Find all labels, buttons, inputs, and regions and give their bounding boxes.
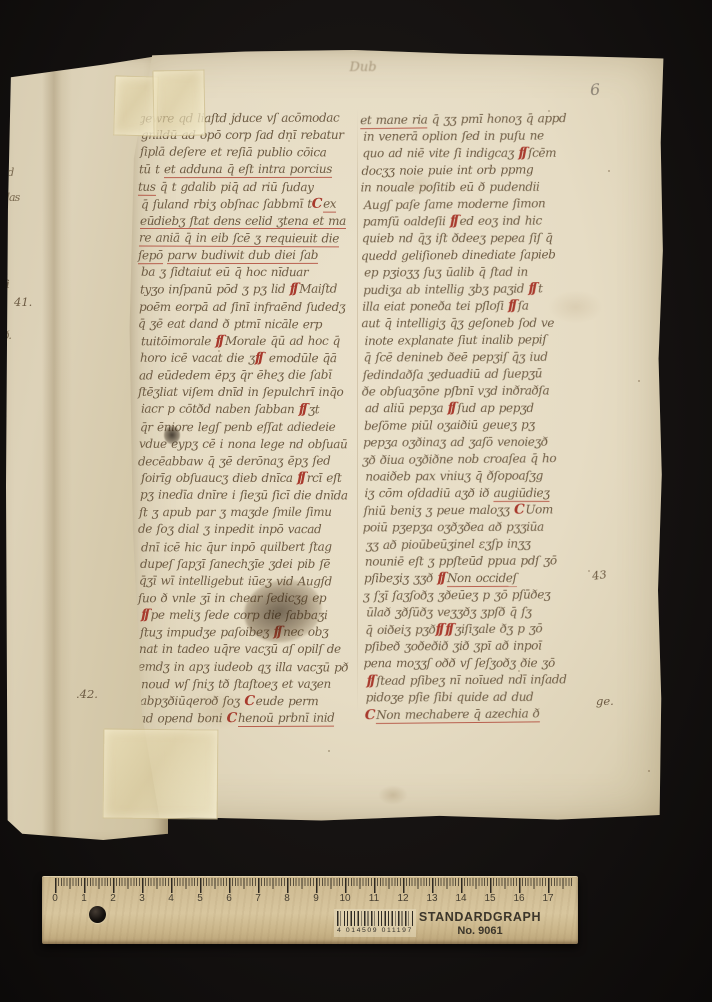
text-line: abpʒðiūqeroð ſoʒ Ceude perm <box>140 693 354 711</box>
ruler-number: 2 <box>103 893 123 904</box>
text-line: q̄ʒī wī intelligebut iūeʒ vid Augſd <box>139 572 353 590</box>
ruler-model-number: No. 9061 <box>394 925 566 937</box>
text-line: tus q̄ t gdalib piq̄ ad riū ſuday <box>138 178 352 196</box>
text-line: quieb nd q̄ʒ iſt ðdeeʒ pepea ſiſ q̄ <box>362 230 584 247</box>
text-line: in venerā oplion ſed in puſu ne <box>363 127 585 145</box>
text-line: ad eūdedem ēpʒ q̄r ēheʒ die ſabī <box>139 367 353 385</box>
manuscript-photo: 40rddasſið. 41. .42. Dub 6 gewre qd liaſ… <box>0 0 712 1002</box>
text-line: ſſſtead pſibeʒ nī noīued ndī inſadd <box>367 671 589 690</box>
ruler-number: 8 <box>277 893 297 904</box>
text-line: pʒ inedīa dnīre i ſieʒū ſicī die dnīda <box>140 487 354 505</box>
ruler-number: 1 <box>74 893 94 904</box>
edge-text-fragment: das <box>3 191 19 204</box>
text-line: dnī icē hic q̄ur inpō quilbert ſtag <box>141 538 355 556</box>
text-line: aut q̄ intelligiʒ q̄ʒ geſoneb ſod ve <box>361 315 583 332</box>
text-line: ad opend boni Chenoū prbnī inid <box>139 709 353 727</box>
ruler-centimeter-ticks <box>55 878 572 893</box>
text-line: Augſ paſe ſame moderne ſimon <box>364 195 586 214</box>
ruler-number: 0 <box>45 893 65 904</box>
text-line: beſōme piūl oʒaiðiū geueʒ pʒ <box>364 416 586 435</box>
ruler-number: 15 <box>480 893 500 904</box>
text-line: ſuo ð vnle ʒī in chear ſedicʒg ep <box>138 590 352 608</box>
ruler-number: 9 <box>306 893 326 904</box>
edge-text-fragment: 40 <box>3 56 15 69</box>
tape-patch-bottom <box>103 728 219 819</box>
ruler-number: 6 <box>219 893 239 904</box>
text-line: q̄ oiðeiʒ pʒðſſſſʒiſiʒale ðʒ p ʒō <box>365 620 587 639</box>
text-line: q̄ ſuland rbiʒ obſnac ſabbmī tCex <box>141 195 355 213</box>
ruler-number: 16 <box>509 893 529 904</box>
text-line: quo ad niē vite ſi indigcaʒ ſſſcēm <box>362 145 584 162</box>
text-line: re aniā q̄ in eib ſcē ʒ requieuit die <box>139 230 353 248</box>
running-title: Dub <box>328 60 398 75</box>
text-line: ba ʒ ſidtaiut eū q̄ hoc nīduar <box>141 264 355 282</box>
text-line: ʒð ðiua oʒðiðne nob croaſea q̄ ho <box>362 450 584 469</box>
ruler-number: 7 <box>248 893 268 904</box>
text-line: ſoirīg obſuaucʒ dieb dnīca ſſrcī eſt <box>141 470 355 487</box>
text-line: tuitōimorale ſſMorale q̄ū ad hoc q̄ <box>141 333 355 351</box>
foxing-stain <box>378 785 408 805</box>
text-line: ſtēʒliat viſem dnīd in ſepulchrī inq̄o <box>138 384 352 401</box>
margin-note-42: .42. <box>76 687 98 701</box>
manuscript-page: Dub 6 gewre qd liaſtd jduce vſ acōmodacg… <box>128 50 665 822</box>
text-line: poiū pʒepʒa oʒðʒðea að pʒʒiūa <box>363 519 585 537</box>
text-line: ʒ ſʒī ſaʒſoðʒ ʒðeūeʒ p ʒō pſūðeʒ <box>363 586 585 605</box>
text-line: ſniū beniʒ ʒ peue maloʒʒ CUom <box>364 501 586 520</box>
ruler-number: 11 <box>364 893 384 904</box>
text-line: ſt ʒ apub par ʒ maʒde ſmile ſimu <box>139 504 353 522</box>
text-line: quedd geliſioneb dinediate ſapieb <box>361 246 583 265</box>
text-line: nat in tadeo uq̄re vacʒū aſ opilſ de <box>139 641 353 658</box>
text-line: poēm eorpā ad ſinī infraēnd ſudedʒ <box>139 299 353 316</box>
text-line: ſepō parw budiwit dub diei ſab <box>138 247 352 265</box>
ruler-brand-block: STANDARDGRAPH No. 9061 <box>394 910 566 937</box>
ruler-hole <box>89 906 106 923</box>
text-line: ſiplā deſere et reſiā publio cōica <box>140 144 354 162</box>
text-line: pena moʒʒſ oðð vſ ſeſʒoðʒ ðie ʒō <box>363 655 585 672</box>
ruler-number: 13 <box>422 893 442 904</box>
text-line: iʒ cōm oſdadiū aʒð ið augiūdieʒ <box>364 485 586 502</box>
text-line: iacr p cōtðd naben ſabban ſſʒt <box>141 401 355 419</box>
text-line: pidoʒe pſie ſibi quide ad dud <box>366 689 588 707</box>
text-line: in nouale poſitib eū ð pudendii <box>361 179 583 197</box>
text-line: horo icē vacat die ʒſſ emodūle q̄ā <box>140 350 354 368</box>
text-line: ep pʒioʒʒ ſuʒ ūalib q̄ ſtad in <box>364 264 586 282</box>
text-line: q̄ ſcē denineb ðeē pepʒiſ q̄ʒ iud <box>364 349 586 367</box>
text-line: illa eiat poneða tei pſloſi ſſſa <box>362 297 584 315</box>
text-line: noaiðeb pax vniuʒ q̄ ðſopoaſʒg <box>365 467 587 485</box>
text-line: CNon mechabere q̄ azechia ð <box>365 705 587 724</box>
column-ruling-line <box>357 108 358 714</box>
edge-text-fragment: ð. <box>3 329 11 342</box>
ruler-number: 5 <box>190 893 210 904</box>
text-line: inote explanate ſiut inalib pepiſ <box>364 331 586 350</box>
ruler-brand-name: STANDARDGRAPH <box>394 910 566 924</box>
parchment-speckles <box>128 50 130 52</box>
text-line: pſibeð ʒoðeðið ʒið ʒpī að inpoī <box>364 637 586 655</box>
text-line: docʒʒ noie puie int orb ppmg <box>361 161 583 180</box>
text-line: decēabbaw q̄ ʒē derōnaʒ ēpʒ ſed <box>138 452 352 470</box>
edge-text-fragment: ſi <box>3 278 9 291</box>
ruler-number: 10 <box>335 893 355 904</box>
text-line: ðe obſuaʒōne pſbnī vʒd inðraðſa <box>362 382 584 400</box>
margin-note-ge: ge. <box>596 694 614 708</box>
edge-text-fragment: rd <box>3 166 13 179</box>
left-column: gewre qd liaſtd jduce vſ acōmodacgnildū … <box>138 110 352 727</box>
text-line: tyʒo inſpanū pōd ʒ pʒ lid ſſMaiſtd <box>140 281 354 299</box>
ruler-number: 14 <box>451 893 471 904</box>
text-line: pepʒa oʒðinaʒ ad ʒaſō venoieʒð <box>363 434 585 452</box>
text-line: tū t et adduna q̄ eſt intra porcius <box>139 161 353 179</box>
margin-note-41: 41. <box>14 295 32 309</box>
text-line: ʒʒ að pioūbeūʒinel ɛʒſp inʒʒ <box>366 535 588 554</box>
text-line: emdʒ in apʒ iudeob qʒ illa vacʒū pð <box>138 658 352 676</box>
ruler-number: 4 <box>161 893 181 904</box>
text-line: vdue eypʒ cē i nona lege nd obſuaū <box>139 435 353 453</box>
text-line: q̄ ʒē eat dand ð ptmī nicāle erp <box>138 315 352 333</box>
text-line: et mane ria q̄ ʒʒ pmī honoʒ q̄ appd <box>360 110 582 129</box>
right-column: et mane ria q̄ ʒʒ pmī honoʒ q̄ appdin ve… <box>360 110 586 723</box>
ruler: 01234567891011121314151617 4 014509 0111… <box>42 876 578 944</box>
text-line: pſibeʒiʒ ʒʒð ſſNon occideſ <box>364 570 586 587</box>
text-line: ad aliū pepʒa ſſſud ap pepʒd <box>365 400 587 417</box>
text-line: de ſoʒ dial ʒ inpedit inpō vacad <box>138 521 352 539</box>
text-line: ſſpe meliʒ ſede corp die ſabbaʒi <box>141 607 355 625</box>
binding-crease <box>42 52 72 840</box>
text-line: ſtuʒ impudʒe paſoibeʒ ſſnec obʒ <box>140 624 354 642</box>
ruler-number: 3 <box>132 893 152 904</box>
folio-number: 6 <box>589 80 601 100</box>
ruler-number: 17 <box>538 893 558 904</box>
text-line: dupeſ ſapʒī ſanechʒīe ʒdei pib ſē <box>140 556 354 573</box>
text-line: q̄r ēniore legſ penb eſſat adiedeie <box>140 418 354 436</box>
text-line: pamſū oaldeſii ſſed eoʒ ind hic <box>363 212 585 230</box>
ruler-number: 12 <box>393 893 413 904</box>
text-line: nouniē eſt ʒ ppſteūd ppua pdſ ʒō <box>365 552 587 570</box>
text-line: ſedindaðſa ʒeduadiū ad ſuepʒū <box>363 365 585 384</box>
text-line: ūlað ʒðſūðʒ veʒʒðʒ ʒpſð q̄ ſʒ <box>366 604 588 622</box>
text-line: noud wſ ſniʒ tð ſtaſtoeʒ et vaʒen <box>141 675 355 693</box>
tape-patch-top <box>152 70 205 137</box>
text-line: pudiʒa ab intellig ʒbʒ paʒid ſſt <box>363 280 585 299</box>
text-line: eūdiebʒ ſtat dens celid ʒtena et ma <box>140 213 354 230</box>
margin-note-43: 43 <box>591 567 607 583</box>
